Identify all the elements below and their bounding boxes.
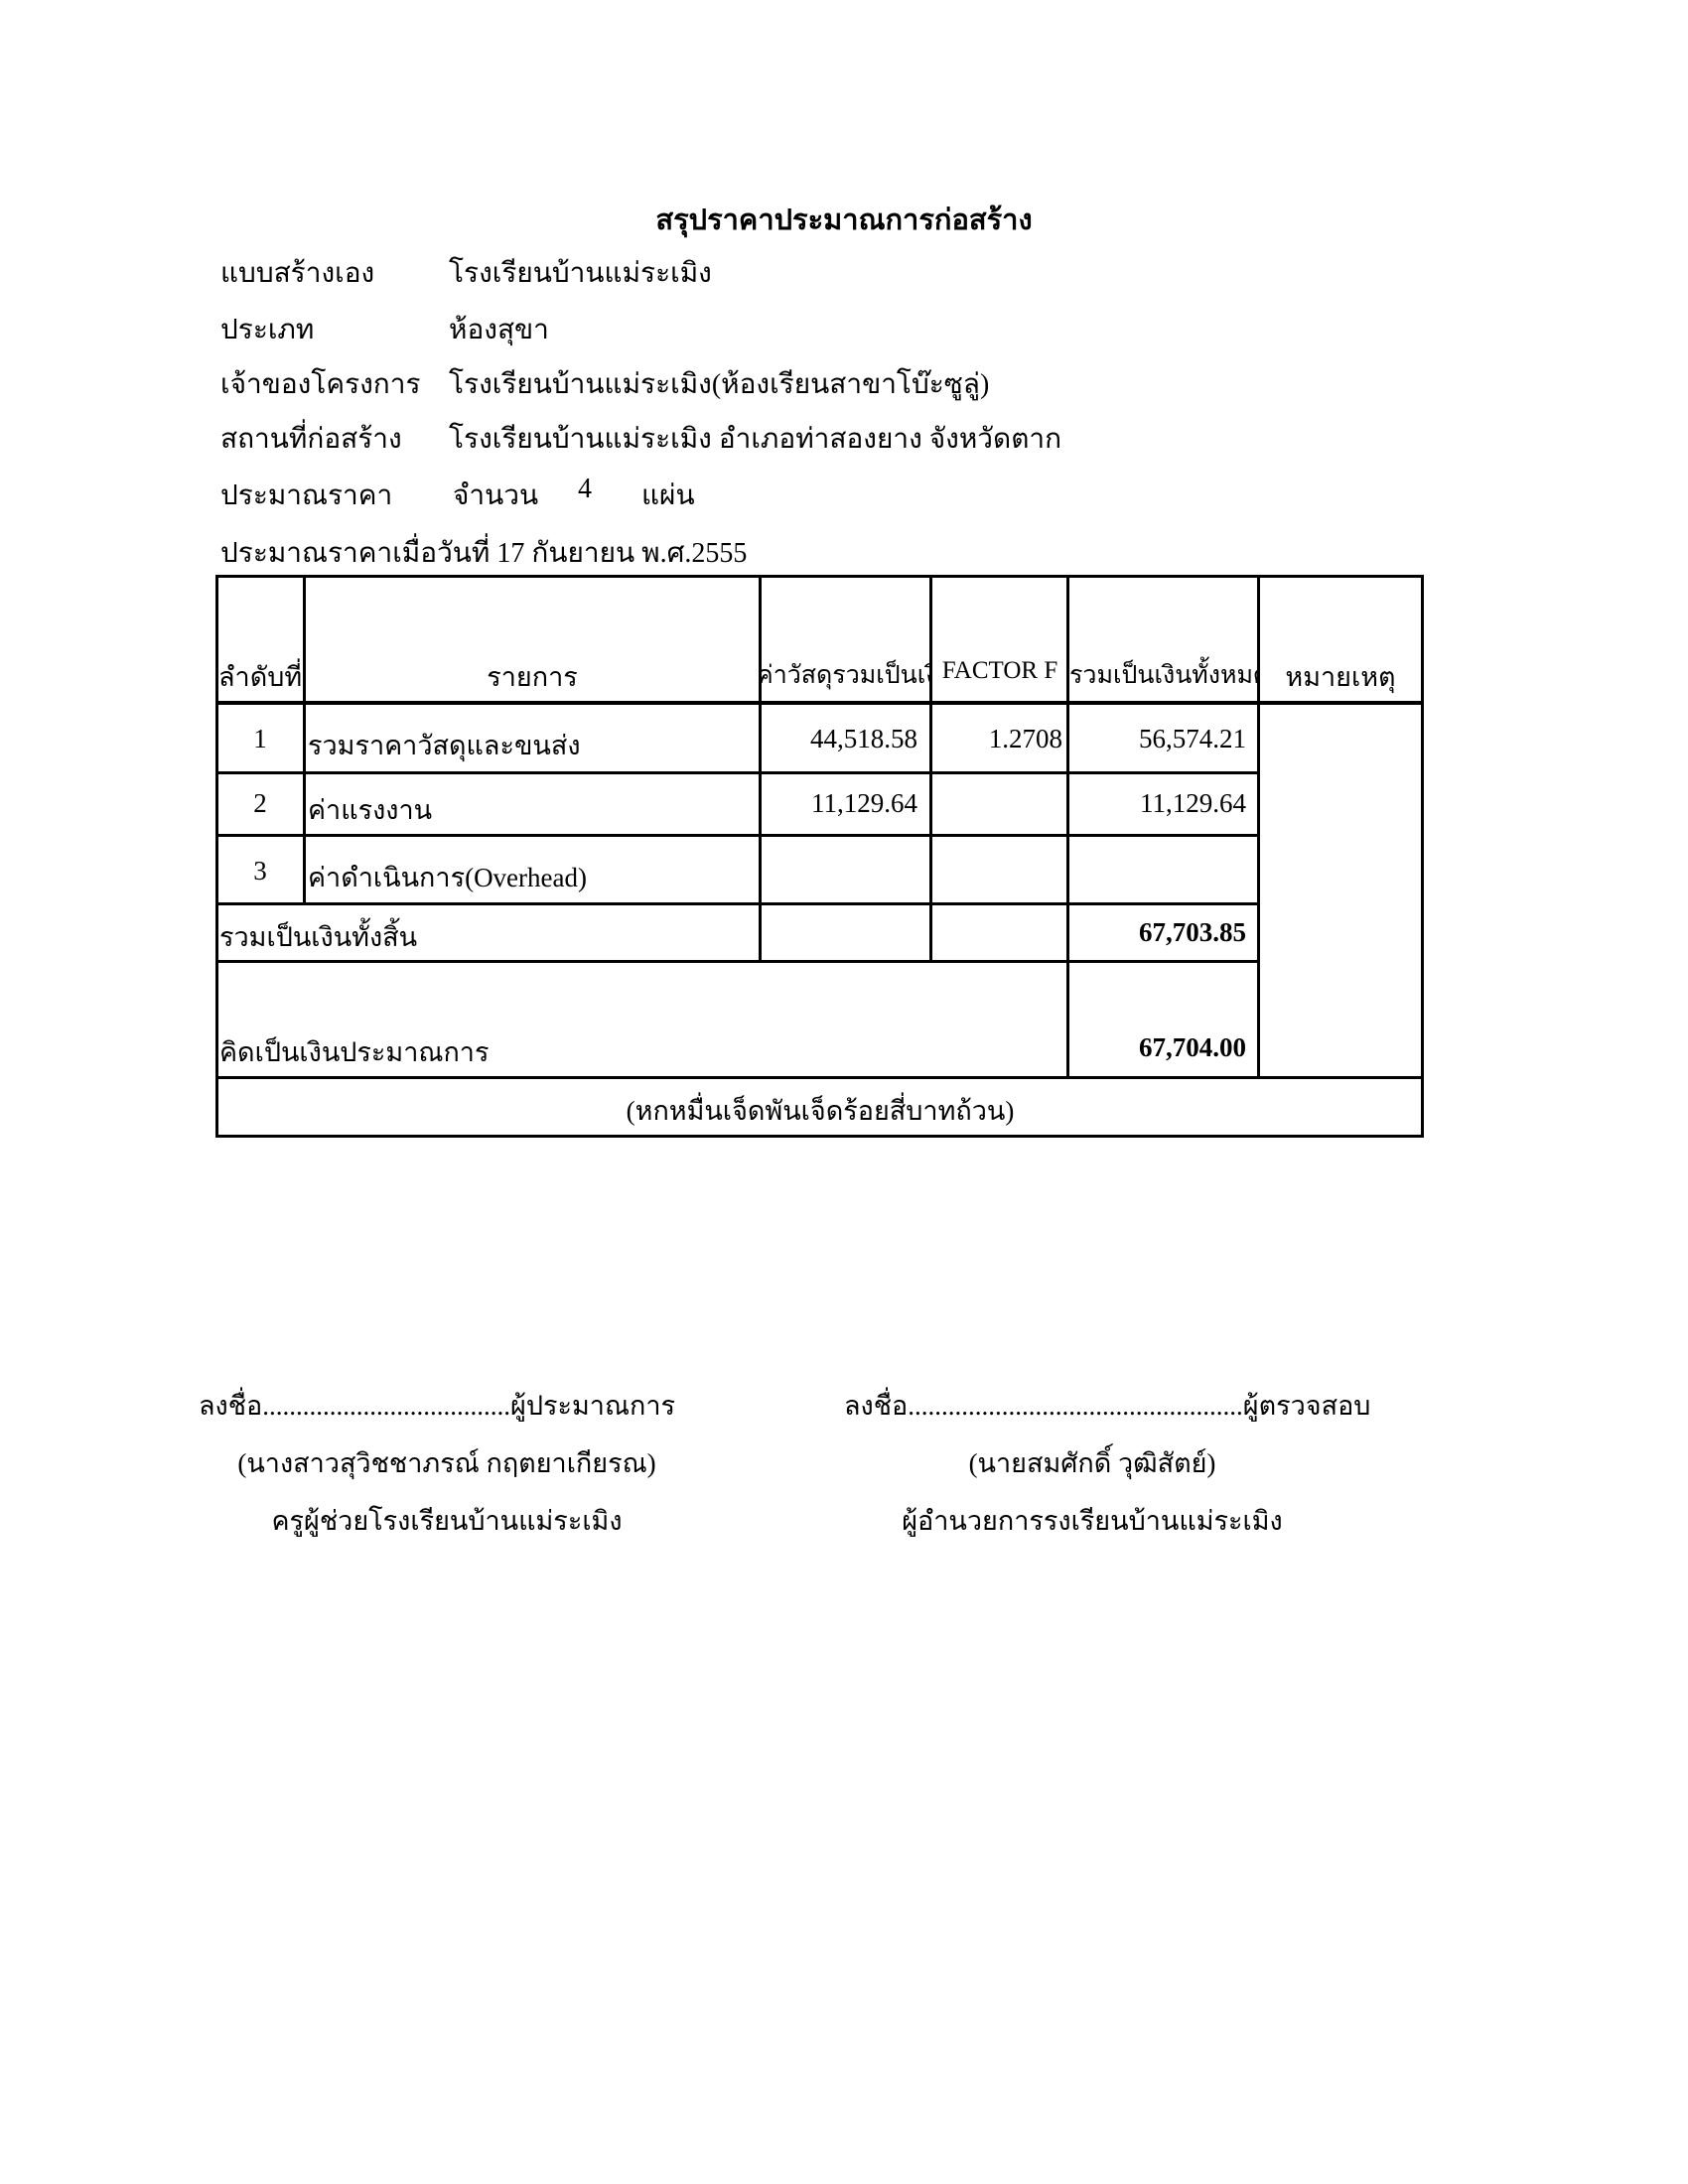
row-2-grand-total: 11,129.64	[1069, 788, 1246, 819]
header-no: ลำดับที่	[218, 655, 302, 698]
amount-in-words: (หกหมื่นเจ็ดพันเจ็ดร้อยสี่บาทถ้วน)	[217, 1089, 1423, 1132]
table-border	[215, 1135, 1424, 1138]
table-border	[215, 771, 1260, 774]
document-title: สรุปราคาประมาณการก่อสร้าง	[0, 197, 1688, 242]
right-signer-name: (นายสมศักดิ์ วุฒิสัตย์)	[844, 1441, 1340, 1484]
info-label-owner: เจ้าของโครงการ	[220, 362, 421, 406]
table-border	[215, 701, 1260, 705]
left-signer-name: (นางสาวสุวิชชาภรณ์ กฤตยาเกียรณ)	[199, 1441, 695, 1484]
info-value-design: โรงเรียนบ้านแม่ระเมิง	[449, 251, 712, 295]
info-label-design: แบบสร้างเอง	[220, 251, 374, 295]
table-border	[759, 575, 762, 963]
row-1-factor: 1.2708	[931, 724, 1062, 754]
estimate-date: ประมาณราคาเมื่อวันที่ 17 กันยายน พ.ศ.255…	[220, 531, 747, 575]
estimate-label: ประมาณราคา	[220, 474, 392, 517]
table-border	[215, 1076, 1424, 1079]
header-grand-total: รวมเป็นเงินทั้งหมด	[1069, 655, 1258, 695]
info-label-location: สถานที่ก่อสร้าง	[220, 417, 402, 461]
table-border	[215, 960, 1260, 963]
info-value-owner: โรงเรียนบ้านแม่ระเมิง(ห้องเรียนสาขาโบ๊ะซ…	[449, 362, 989, 406]
row-2-no: 2	[217, 788, 303, 819]
row-3-no: 3	[217, 856, 303, 887]
header-item: รายการ	[306, 655, 759, 698]
table-border	[215, 902, 1260, 905]
right-signer-position: ผู้อำนวยการรงเรียนบ้านแม่ระเมิง	[844, 1499, 1340, 1542]
quantity-unit: แผ่น	[641, 474, 695, 517]
row-1-grand-total: 56,574.21	[1069, 724, 1246, 754]
estimate-total-value: 67,704.00	[1069, 1032, 1246, 1063]
info-value-location: โรงเรียนบ้านแม่ระเมิง อำเภอท่าสองยาง จัง…	[449, 417, 1061, 461]
row-1-no: 1	[217, 724, 303, 754]
table-border	[215, 834, 1260, 837]
table-border	[929, 575, 932, 963]
table-border	[1066, 575, 1069, 1079]
row-2-item: ค่าแรงงาน	[308, 788, 432, 831]
row-3-item: ค่าดำเนินการ(Overhead)	[308, 856, 587, 898]
row-1-item: รวมราคาวัสดุและขนส่ง	[308, 724, 581, 766]
right-sign-line: ลงชื่อ..................................…	[844, 1384, 1340, 1427]
info-value-type: ห้องสุขา	[449, 308, 549, 351]
header-material-total: ค่าวัสดุรวมเป็นเงิน	[757, 655, 929, 695]
info-label-type: ประเภท	[220, 308, 314, 351]
table-border	[303, 575, 306, 905]
table-border	[1257, 575, 1260, 1079]
estimate-total-label: คิดเป็นเงินประมาณการ	[219, 1030, 489, 1073]
header-factor: FACTOR F	[931, 657, 1068, 685]
row-1-material-total: 44,518.58	[761, 724, 917, 754]
table-border	[215, 575, 1424, 578]
left-sign-line: ลงชื่อ..................................…	[199, 1384, 675, 1427]
table-border	[1258, 701, 1424, 705]
quantity-word: จำนวน	[453, 474, 538, 517]
quantity-value: 4	[578, 474, 592, 505]
left-signer-position: ครูผู้ช่วยโรงเรียนบ้านแม่ระเมิง	[199, 1499, 695, 1542]
header-remark: หมายเหตุ	[1259, 655, 1422, 698]
sum-value: 67,703.85	[1069, 917, 1246, 948]
sum-label: รวมเป็นเงินทั้งสิ้น	[219, 915, 417, 958]
row-2-material-total: 11,129.64	[761, 788, 917, 819]
